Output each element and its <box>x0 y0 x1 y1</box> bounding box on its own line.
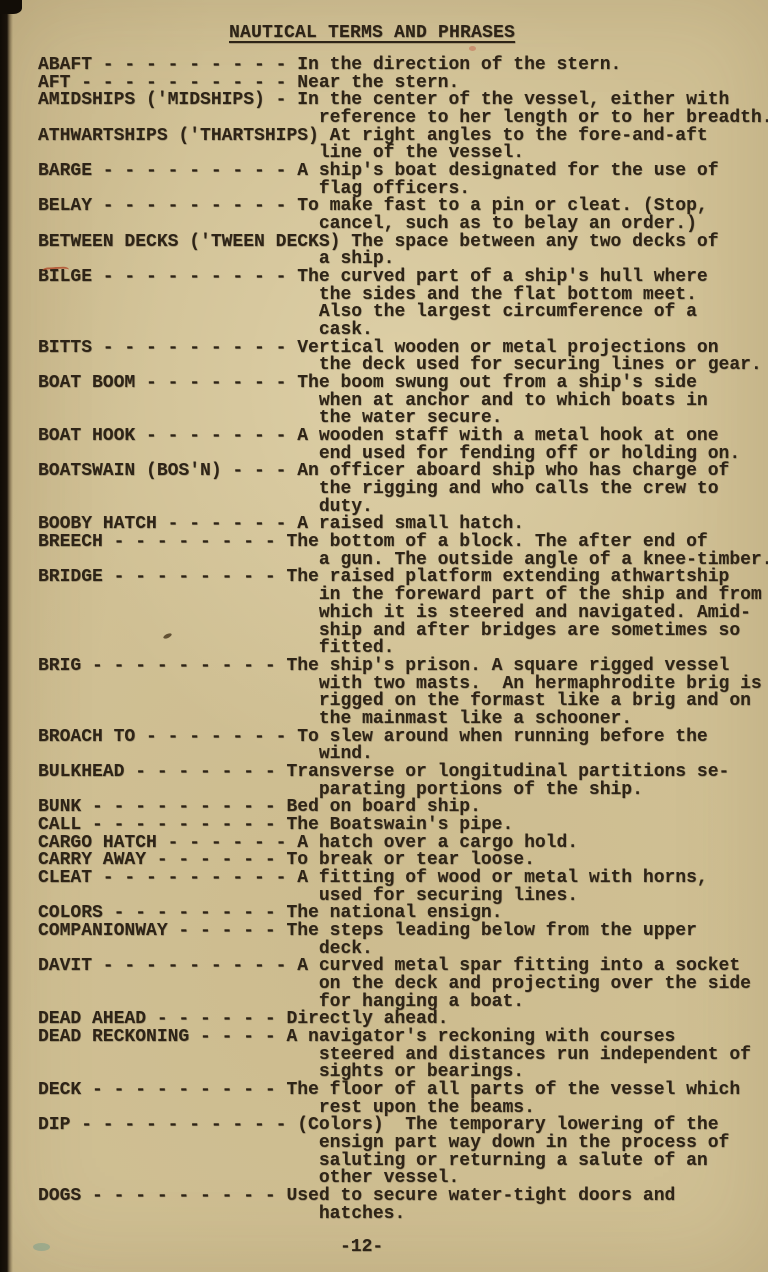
text-line: CALL - - - - - - - - - The Boatswain's p… <box>38 817 768 835</box>
glossary-entry: ATHWARTSHIPS ('THARTSHIPS) At right angl… <box>38 128 768 163</box>
scan-corner-top-left <box>0 0 22 14</box>
page-title: NAUTICAL TERMS AND PHRASES <box>229 21 515 45</box>
glossary-entry: CALL - - - - - - - - - The Boatswain's p… <box>38 817 768 835</box>
glossary-entry: BETWEEN DECKS ('TWEEN DECKS) The space b… <box>38 234 768 269</box>
text-line: BULKHEAD - - - - - - - Transverse or lon… <box>38 764 768 782</box>
glossary-entry: DIP - - - - - - - - - - (Colors) The tem… <box>38 1117 768 1188</box>
scan-edge-left <box>0 0 13 1272</box>
scanned-page: NAUTICAL TERMS AND PHRASES ABAFT - - - -… <box>0 0 768 1272</box>
pink-speck-mark <box>469 46 476 51</box>
glossary-entry: DOGS - - - - - - - - - Used to secure wa… <box>38 1188 768 1223</box>
glossary-entry: BITTS - - - - - - - - - Vertical wooden … <box>38 340 768 375</box>
text-line: on the deck and projecting over the side <box>38 976 768 994</box>
glossary-entry: BILGE - - - - - - - - - The curved part … <box>38 269 768 340</box>
glossary-entry: BOATSWAIN (BOS'N) - - - An officer aboar… <box>38 463 768 516</box>
text-line: COMPANIONWAY - - - - - The steps leading… <box>38 923 768 941</box>
glossary-entry: CLEAT - - - - - - - - - A fitting of woo… <box>38 870 768 905</box>
glossary-entry: BRIG - - - - - - - - - The ship's prison… <box>38 658 768 729</box>
text-line: the mainmast like a schooner. <box>38 711 768 729</box>
glossary-entry: COMPANIONWAY - - - - - The steps leading… <box>38 923 768 958</box>
page-number: -12- <box>340 1238 383 1256</box>
text-line: which it is steered and navigated. Amid- <box>38 605 768 623</box>
text-line: DECK - - - - - - - - - The floor of all … <box>38 1082 768 1100</box>
text-line: CLEAT - - - - - - - - - A fitting of woo… <box>38 870 768 888</box>
text-line: DEAD RECKONING - - - - A navigator's rec… <box>38 1029 768 1047</box>
text-line: BRIG - - - - - - - - - The ship's prison… <box>38 658 768 676</box>
glossary-entry: BARGE - - - - - - - - - A ship's boat de… <box>38 163 768 198</box>
text-line: ensign part way down in the process of <box>38 1135 768 1153</box>
glossary-entry: BROACH TO - - - - - - - To slew around w… <box>38 729 768 764</box>
glossary-entry: BRIDGE - - - - - - - - The raised platfo… <box>38 569 768 657</box>
glossary-entry: BREECH - - - - - - - - The bottom of a b… <box>38 534 768 569</box>
glossary-entry: DECK - - - - - - - - - The floor of all … <box>38 1082 768 1117</box>
glossary-entry: BULKHEAD - - - - - - - Transverse or lon… <box>38 764 768 799</box>
glossary-entry: BELAY - - - - - - - - - To make fast to … <box>38 198 768 233</box>
glossary-entry: DAVIT - - - - - - - - - A curved metal s… <box>38 958 768 1011</box>
glossary-list: ABAFT - - - - - - - - - In the direction… <box>38 57 768 1223</box>
glossary-entry: AMIDSHIPS ('MIDSHIPS) - In the center of… <box>38 92 768 127</box>
text-line: hatches. <box>38 1206 768 1224</box>
glossary-entry: BOAT HOOK - - - - - - - A wooden staff w… <box>38 428 768 463</box>
teal-smudge-mark <box>33 1243 50 1251</box>
glossary-entry: DEAD RECKONING - - - - A navigator's rec… <box>38 1029 768 1082</box>
glossary-entry: BOAT BOOM - - - - - - - The boom swung o… <box>38 375 768 428</box>
